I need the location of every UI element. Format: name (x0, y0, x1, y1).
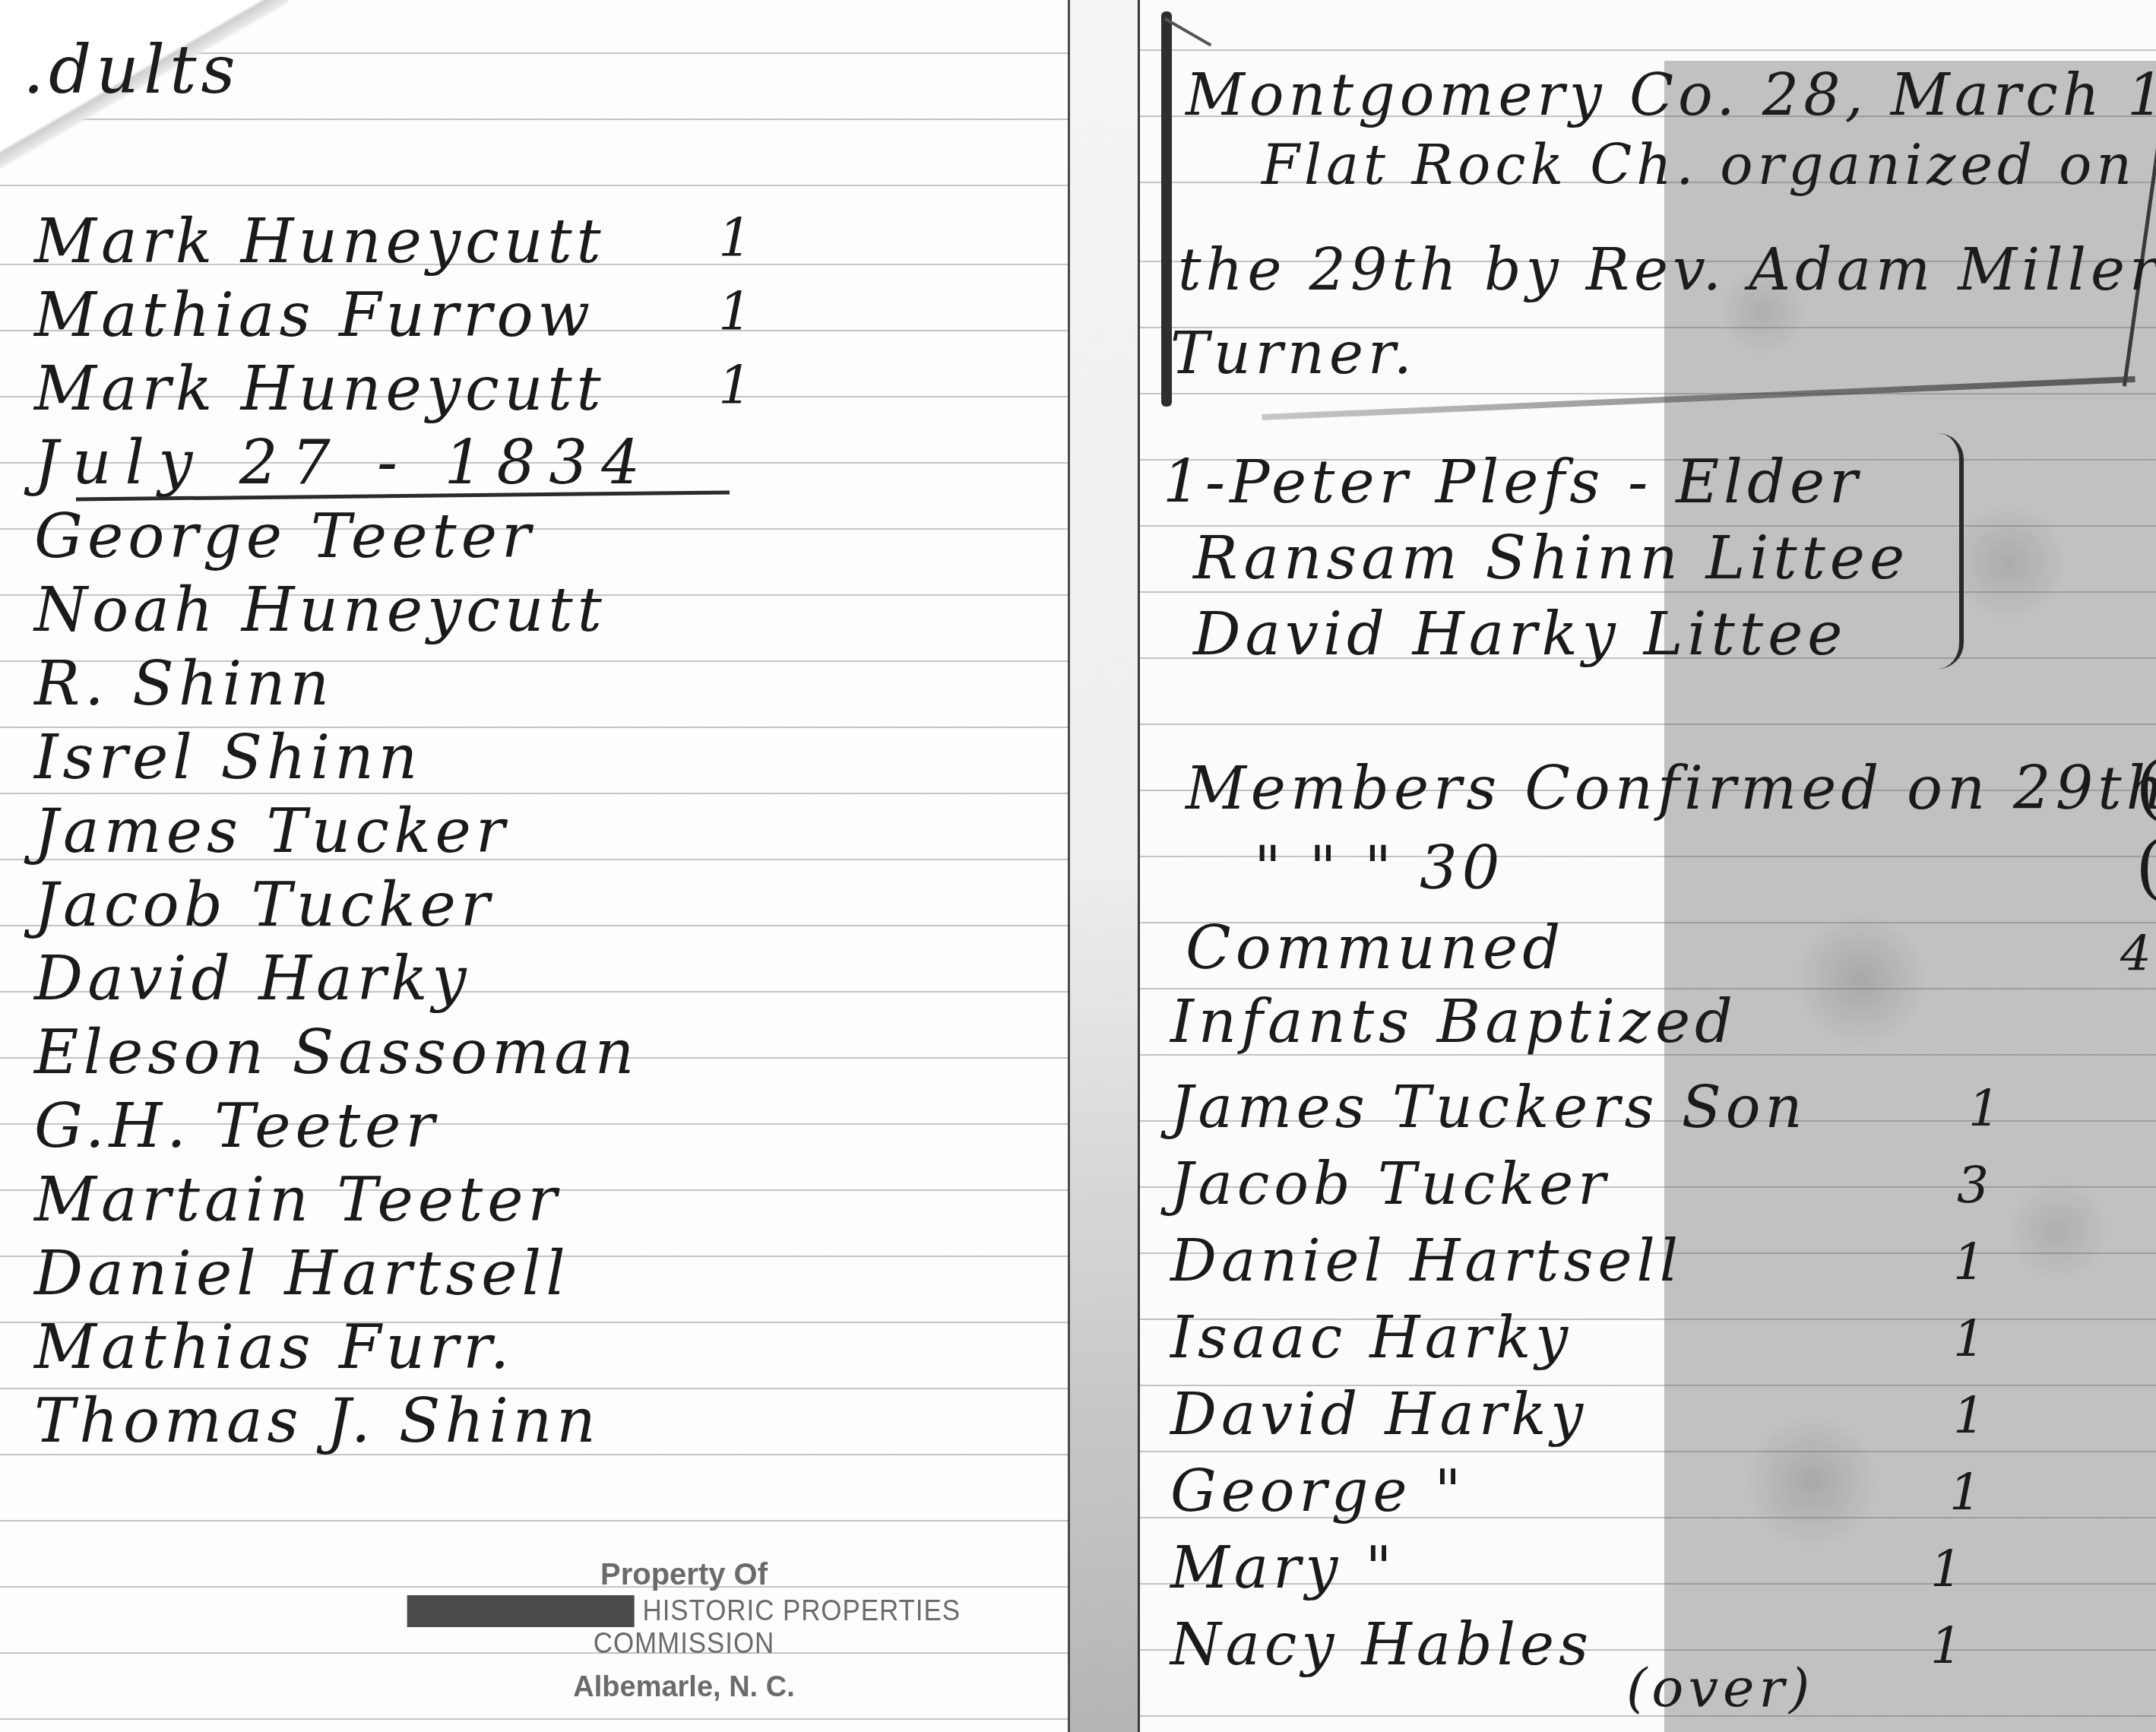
entry-name: George Teeter (34, 501, 535, 572)
list-item: David Harky (34, 946, 1022, 1020)
infant-name: James Tuckers Son (1170, 1073, 1806, 1141)
stat-label: Members Confirmed on 29th (1186, 755, 2156, 823)
stat-paren: ( (2135, 828, 2156, 907)
infant-name: Jacob Tucker (1170, 1150, 1610, 1217)
entry-name: David Harky (34, 943, 471, 1014)
list-item: Jacob Tucker (34, 872, 1022, 946)
infant-count: 1 (1953, 1309, 1985, 1368)
stamp-redacted-text: STANLY COUNTY (407, 1595, 635, 1627)
page-gutter (1068, 0, 1140, 1732)
entry-date: July 27 - 1834 (34, 427, 654, 498)
continued-note: (over) (1626, 1657, 1814, 1719)
list-item: Mathias Furr. (34, 1315, 1022, 1388)
infant-count: 3 (1957, 1156, 1989, 1214)
list-item: Mark Huneycutt1 (34, 356, 1022, 430)
infant-name: Isaac Harky (1170, 1303, 1572, 1371)
entry-name: Noah Huneycutt (34, 575, 606, 645)
entry-name: Martain Teeter (34, 1164, 562, 1235)
stat-label: Communed (1186, 914, 1565, 983)
list-item: Noah Huneycutt (34, 578, 1022, 651)
stamp-line-3: Albemarle, N. C. (357, 1671, 1011, 1704)
stamp-commission-text: HISTORIC PROPERTIES COMMISSION (594, 1595, 961, 1660)
list-item: R. Shinn (34, 651, 1022, 725)
stat-row: Members Confirmed on 29th ( (1186, 752, 2156, 832)
infants-heading: Infants Baptized (1170, 988, 1737, 1056)
entry-name: Daniel Hartsell (34, 1238, 570, 1309)
entry-name: R. Shinn (34, 648, 334, 719)
entry-name: G.H. Teeter (34, 1091, 439, 1161)
list-item: George Teeter (34, 504, 1022, 578)
infant-name: George " (1170, 1457, 1466, 1525)
stat-value: 4 (2120, 926, 2151, 983)
list-item: Mathias Furrow1 (34, 283, 1022, 356)
section-title: .dults (23, 30, 240, 109)
officers-brace (1938, 433, 1964, 669)
entry-name: Mathias Furrow (34, 280, 594, 350)
list-item: David Harky1 (1170, 1379, 2156, 1455)
entry-count: 1 (718, 354, 752, 416)
infant-count: 1 (1968, 1079, 2000, 1138)
infant-name: Nacy Hables (1170, 1610, 1593, 1678)
right-page: Montgomery Co. 28, March 1834 Flat Rock … (1140, 0, 2156, 1732)
list-item: George "1 (1170, 1455, 2156, 1532)
list-item: Jacob Tucker3 (1170, 1148, 2156, 1225)
list-item: Eleson Sassoman (34, 1020, 1022, 1094)
infant-count: 1 (1949, 1463, 1981, 1521)
entry-name: Thomas J. Shinn (34, 1385, 600, 1456)
officer-name: Ransam Shinn Littee (1193, 524, 1909, 593)
entry-name: Jacob Tucker (34, 869, 494, 940)
entry-name: Mark Huneycutt (34, 206, 606, 277)
stat-label: " " " 30 (1254, 834, 1504, 903)
list-item: Thomas J. Shinn (34, 1388, 1022, 1462)
list-item: Isrel Shinn (34, 725, 1022, 799)
stat-row: " " " 30 ( (1186, 832, 2156, 912)
header-line-1: Montgomery Co. 28, March 1834 (1186, 61, 2156, 128)
infant-name: David Harky (1170, 1380, 1588, 1448)
stamp-line-1: Property Of (357, 1558, 1011, 1592)
stat-row: Communed 4 (1186, 912, 2156, 992)
left-page: .dults Mark Huneycutt1 Mathias Furrow1 M… (0, 0, 1068, 1732)
list-item: Daniel Hartsell (34, 1241, 1022, 1315)
header-line-3: the 29th by Rev. Adam Miller (1178, 236, 2156, 303)
stat-paren: ( (2135, 748, 2156, 828)
header-line-2: Flat Rock Ch. organized on (1262, 133, 2136, 197)
entry-name: Isrel Shinn (34, 722, 422, 793)
entry-count: 1 (718, 280, 752, 343)
infant-count: 1 (1930, 1616, 1962, 1675)
list-item: James Tucker (34, 799, 1022, 872)
infant-count: 1 (1953, 1233, 1985, 1291)
entry-count: 1 (718, 207, 752, 269)
infants-list: James Tuckers Son1 Jacob Tucker3 Daniel … (1170, 1072, 2156, 1686)
statistics: Members Confirmed on 29th ( " " " 30 ( C… (1186, 752, 2156, 992)
adults-list: Mark Huneycutt1 Mathias Furrow1 Mark Hun… (34, 209, 1022, 1462)
infant-count: 1 (1930, 1540, 1962, 1598)
officer-name: David Harky Littee (1193, 600, 1847, 669)
infant-count: 1 (1953, 1386, 1985, 1445)
officer-name: 1-Peter Plefs - Elder (1163, 448, 1862, 517)
list-item: Martain Teeter (34, 1167, 1022, 1241)
list-item: Daniel Hartsell1 (1170, 1225, 2156, 1302)
entry-name: Mathias Furr. (34, 1312, 514, 1382)
stamp-line-2: STANLY COUNTY HISTORIC PROPERTIES COMMIS… (383, 1595, 984, 1661)
list-item: Mary "1 (1170, 1532, 2156, 1609)
list-item: G.H. Teeter (34, 1094, 1022, 1167)
infant-name: Mary " (1170, 1534, 1397, 1601)
list-item: James Tuckers Son1 (1170, 1072, 2156, 1148)
entry-name: Eleson Sassoman (34, 1017, 638, 1088)
entry-name: Mark Huneycutt (34, 353, 606, 424)
infant-name: Daniel Hartsell (1170, 1227, 1683, 1294)
ownership-stamp: Property Of STANLY COUNTY HISTORIC PROPE… (357, 1558, 1011, 1704)
entry-name: James Tucker (34, 796, 509, 866)
list-item: Isaac Harky1 (1170, 1302, 2156, 1379)
header-line-4: Turner. (1170, 319, 1417, 387)
list-item: Mark Huneycutt1 (34, 209, 1022, 283)
